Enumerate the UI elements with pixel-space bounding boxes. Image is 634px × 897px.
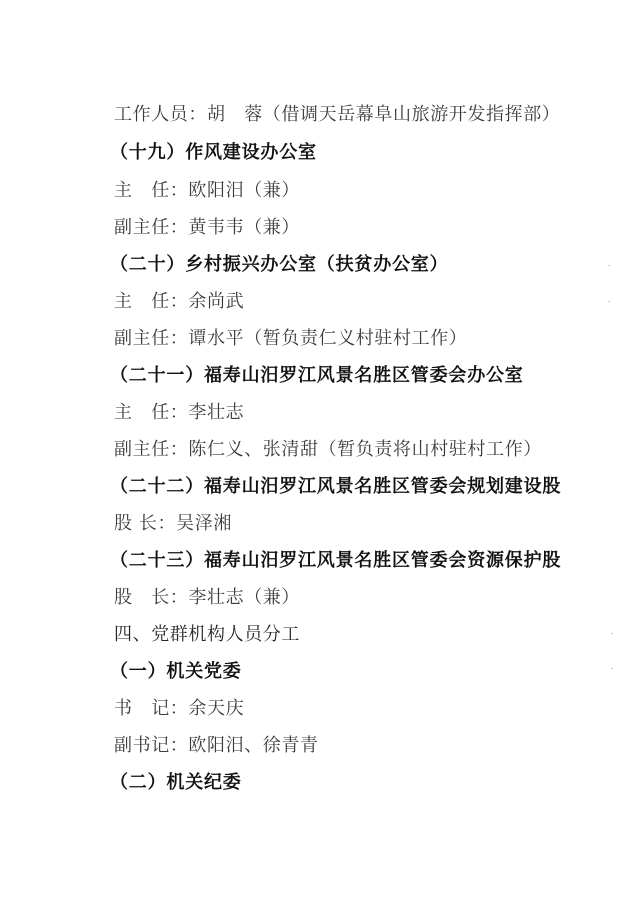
scan-speck [611, 668, 613, 669]
secretary-line: 书 记：余天庆 [114, 698, 244, 720]
heading-discipline-committee: （二）机关纪委 [110, 772, 242, 794]
deputy-director-line: 副主任：陈仁义、张清甜（暂负责将山村驻村工作） [114, 439, 542, 461]
scan-speck [608, 265, 610, 266]
scan-speck [611, 633, 613, 634]
heading-party-committee: （一）机关党委 [110, 661, 242, 683]
document-page: 工作人员：胡 蓉（借调天岳幕阜山旅游开发指挥部） （十九）作风建设办公室 主 任… [0, 0, 634, 897]
staff-line: 工作人员：胡 蓉（借调天岳幕阜山旅游开发指挥部） [114, 104, 560, 126]
section-chief-line: 股 长：吴泽湘 [114, 513, 232, 535]
director-line: 主 任：余尚武 [114, 291, 244, 313]
deputy-secretary-line: 副书记：欧阳汨、徐青青 [114, 735, 319, 757]
deputy-director-line: 副主任：谭水平（暂负责仁义村驻村工作） [114, 328, 467, 350]
scan-speck [608, 301, 610, 302]
heading-resource-protection-section: （二十三）福寿山汨罗江风景名胜区管委会资源保护股 [110, 550, 561, 572]
heading-planning-construction-section: （二十二）福寿山汨罗江风景名胜区管委会规划建设股 [110, 476, 561, 498]
deputy-director-line: 副主任：黄韦韦（兼） [114, 217, 300, 239]
director-line: 主 任：李壮志 [114, 402, 244, 424]
heading-work-style-office: （十九）作风建设办公室 [110, 142, 317, 164]
heading-scenic-area-office: （二十一）福寿山汨罗江风景名胜区管委会办公室 [110, 365, 524, 387]
section-title-party-organizations: 四、党群机构人员分工 [114, 624, 300, 646]
section-chief-line: 股 长：李壮志（兼） [114, 587, 300, 609]
heading-rural-revitalization-office: （二十）乡村振兴办公室（扶贫办公室） [110, 254, 448, 276]
director-line: 主 任：欧阳汨（兼） [114, 180, 300, 202]
